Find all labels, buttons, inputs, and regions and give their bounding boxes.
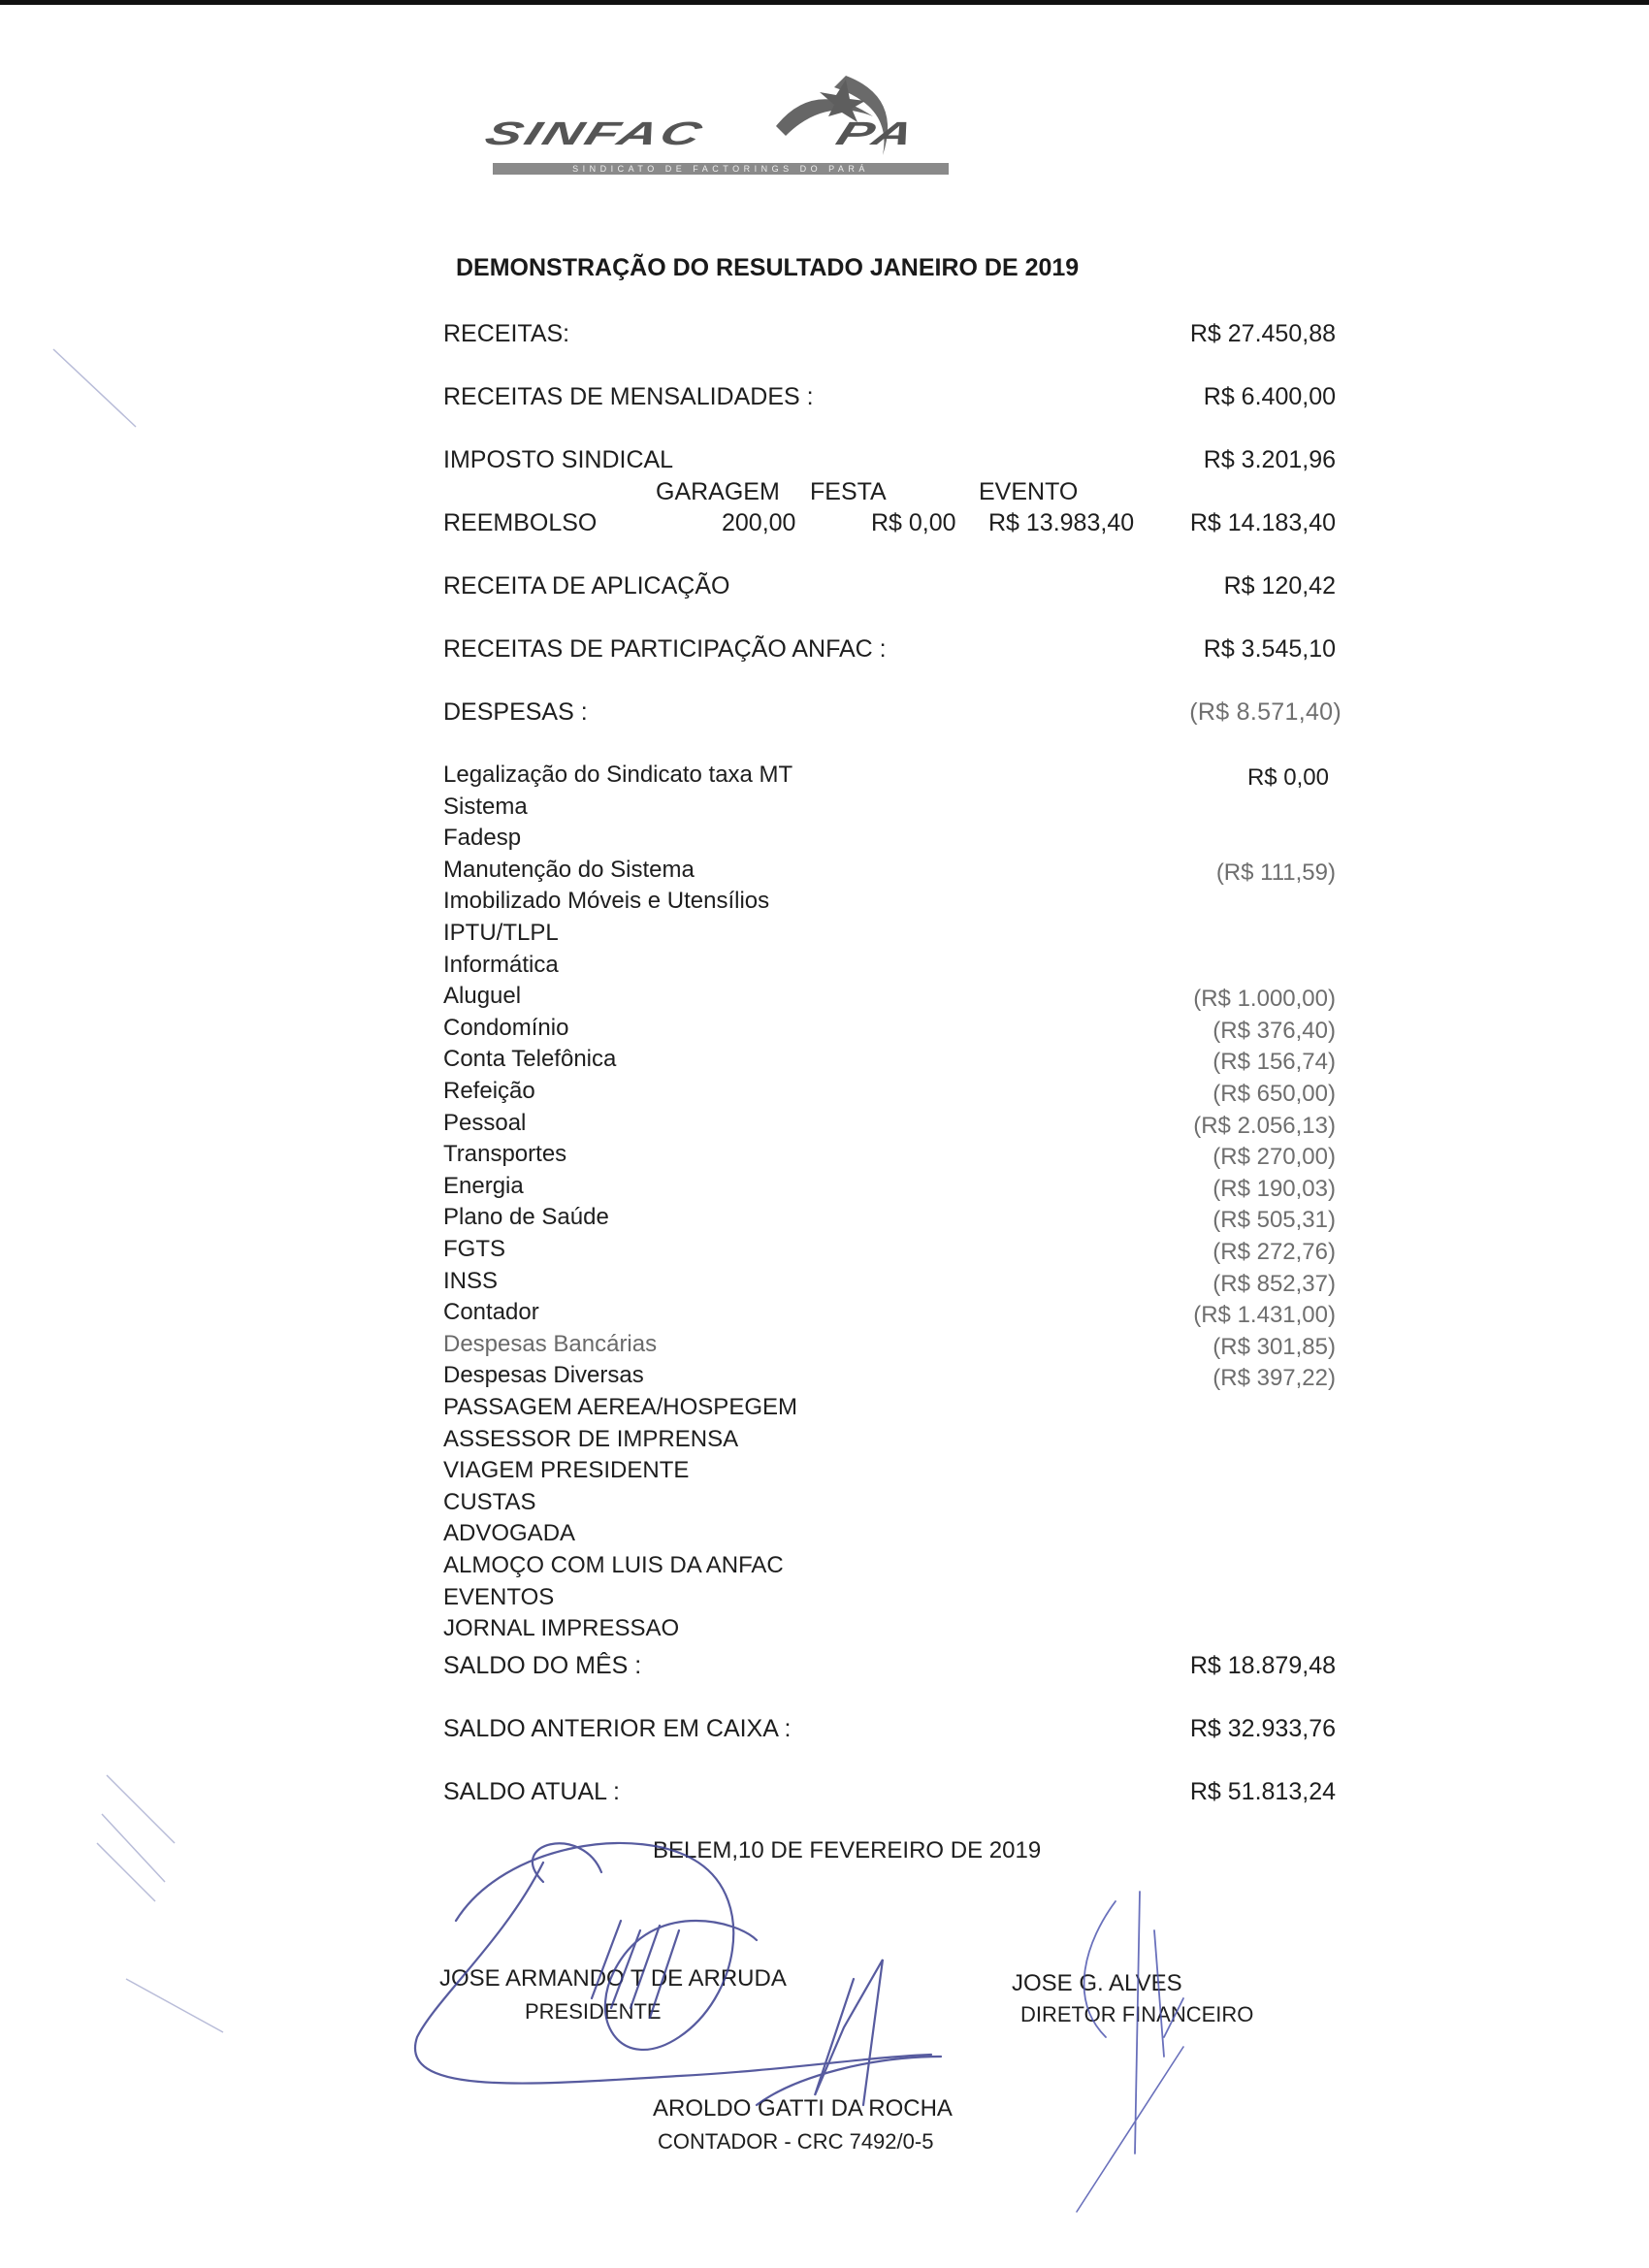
row-value: R$ 3.545,10 <box>1204 635 1336 664</box>
expense-item-label: Manutenção do Sistema <box>443 857 695 884</box>
row-label: RECEITAS: <box>443 320 569 348</box>
aplicacao-row: RECEITA DE APLICAÇÃO R$ 120,42 <box>443 572 1336 601</box>
expense-item-label: Refeição <box>443 1078 535 1105</box>
sinfac-logo: SINFAC PA SINDICATO DE FACTORINGS DO PAR… <box>485 58 960 175</box>
expense-item-value: (R$ 852,37) <box>1212 1271 1336 1298</box>
row-value: R$ 32.933,76 <box>1190 1715 1336 1743</box>
row-value: R$ 120,42 <box>1224 572 1336 600</box>
saldo-atual-row: SALDO ATUAL : R$ 51.813,24 <box>443 1778 1336 1807</box>
expense-item-value: (R$ 301,85) <box>1212 1334 1336 1361</box>
row-label: RECEITA DE APLICAÇÃO <box>443 572 729 600</box>
expense-item-label: CUSTAS <box>443 1489 536 1516</box>
diretor-role: DIRETOR FINANCEIRO <box>1020 2002 1253 2027</box>
contador-role: CONTADOR - CRC 7492/0-5 <box>658 2129 933 2155</box>
expense-item-value: (R$ 2.056,13) <box>1193 1113 1336 1140</box>
row-label: RECEITAS DE MENSALIDADES : <box>443 383 814 411</box>
expense-item-label: ALMOÇO COM LUIS DA ANFAC <box>443 1552 784 1579</box>
logo-region: PA <box>831 114 922 152</box>
expense-item-label: Fadesp <box>443 825 521 852</box>
expense-item-label: Energia <box>443 1173 524 1200</box>
mensalidades-row: RECEITAS DE MENSALIDADES : R$ 6.400,00 <box>443 383 1336 412</box>
expense-item-label: Aluguel <box>443 983 521 1010</box>
revenue-total-row: RECEITAS: R$ 27.450,88 <box>443 320 1336 349</box>
row-value: R$ 6.400,00 <box>1204 383 1336 411</box>
reembolso-col-header-garagem: GARAGEM <box>656 478 780 506</box>
row-value: R$ 51.813,24 <box>1190 1778 1336 1806</box>
row-label: SALDO ANTERIOR EM CAIXA : <box>443 1715 791 1743</box>
row-value: R$ 27.450,88 <box>1190 320 1336 348</box>
expense-item-value: (R$ 156,74) <box>1212 1049 1336 1076</box>
expense-item-value: (R$ 397,22) <box>1212 1365 1336 1392</box>
row-value: (R$ 8.571,40) <box>1189 698 1342 727</box>
expense-item-label: VIAGEM PRESIDENTE <box>443 1457 689 1484</box>
row-value: R$ 14.183,40 <box>1190 509 1336 537</box>
document-title: DEMONSTRAÇÃO DO RESULTADO JANEIRO DE 201… <box>456 254 1079 282</box>
expense-item-label: EVENTOS <box>443 1584 554 1611</box>
expense-item-value: (R$ 1.000,00) <box>1193 986 1336 1013</box>
place-date: BELEM,10 DE FEVEREIRO DE 2019 <box>653 1837 1041 1864</box>
expense-item-label: Condomínio <box>443 1015 568 1042</box>
expense-item-value: (R$ 376,40) <box>1212 1018 1336 1045</box>
row-label: RECEITAS DE PARTICIPAÇÃO ANFAC : <box>443 635 887 664</box>
expense-item-label: ADVOGADA <box>443 1520 575 1547</box>
expense-item-value: (R$ 505,31) <box>1212 1207 1336 1234</box>
saldo-anterior-row: SALDO ANTERIOR EM CAIXA : R$ 32.933,76 <box>443 1715 1336 1744</box>
expense-item-label: PASSAGEM AEREA/HOSPEGEM <box>443 1394 797 1421</box>
reembolso-col-header-evento: EVENTO <box>979 478 1078 506</box>
despesas-total-row: DESPESAS : (R$ 8.571,40) <box>443 698 1336 728</box>
row-label: DESPESAS : <box>443 698 588 727</box>
row-label: REEMBOLSO <box>443 509 597 537</box>
expense-item-label: Sistema <box>443 794 528 821</box>
expense-item-value: (R$ 272,76) <box>1212 1239 1336 1266</box>
logo-subtitle: SINDICATO DE FACTORINGS DO PARÁ <box>493 163 949 175</box>
expense-item-label: IPTU/TLPL <box>443 920 559 947</box>
expense-item-label: Informática <box>443 952 559 979</box>
expense-item-value: (R$ 190,03) <box>1212 1176 1336 1203</box>
expense-item-label: Imobilizado Móveis e Utensílios <box>443 888 769 915</box>
row-label: IMPOSTO SINDICAL <box>443 446 673 474</box>
expense-item-label: Legalização do Sindicato taxa MT <box>443 761 792 789</box>
contador-name: AROLDO GATTI DA ROCHA <box>653 2095 953 2122</box>
expense-item-value: (R$ 270,00) <box>1212 1144 1336 1171</box>
scan-top-edge <box>0 0 1649 5</box>
reembolso-evento-value: R$ 13.983,40 <box>988 509 1134 537</box>
expense-item-value: R$ 0,00 <box>1247 764 1329 792</box>
expense-item-label: Transportes <box>443 1141 566 1168</box>
presidente-name: JOSE ARMANDO T DE ARRUDA <box>439 1965 787 1993</box>
expense-item-label: Pessoal <box>443 1110 526 1137</box>
presidente-role: PRESIDENTE <box>525 1999 662 2025</box>
expense-item-label: Despesas Diversas <box>443 1362 644 1389</box>
reembolso-garagem-value: 200,00 <box>722 509 795 537</box>
participacao-anfac-row: RECEITAS DE PARTICIPAÇÃO ANFAC : R$ 3.54… <box>443 635 1336 664</box>
expense-item-label: Plano de Saúde <box>443 1204 609 1231</box>
reembolso-col-header-festa: FESTA <box>810 478 887 506</box>
imposto-sindical-row: IMPOSTO SINDICAL R$ 3.201,96 <box>443 446 1336 475</box>
expense-item-value: (R$ 111,59) <box>1216 859 1336 887</box>
diretor-name: JOSE G. ALVES <box>1012 1970 1182 1997</box>
logo-wordmark: SINFAC <box>480 114 709 152</box>
expense-item-label: Conta Telefônica <box>443 1046 616 1073</box>
expense-item-value: (R$ 1.431,00) <box>1193 1302 1336 1329</box>
row-label: SALDO ATUAL : <box>443 1778 620 1806</box>
row-value: R$ 18.879,48 <box>1190 1652 1336 1680</box>
expense-item-label: ASSESSOR DE IMPRENSA <box>443 1426 738 1453</box>
expense-item-label: JORNAL IMPRESSAO <box>443 1615 679 1642</box>
expense-item-label: FGTS <box>443 1236 505 1263</box>
saldo-mes-row: SALDO DO MÊS : R$ 18.879,48 <box>443 1652 1336 1681</box>
row-value: R$ 3.201,96 <box>1204 446 1336 474</box>
expense-item-label: Contador <box>443 1299 539 1326</box>
expense-item-label: Despesas Bancárias <box>443 1331 657 1358</box>
row-label: SALDO DO MÊS : <box>443 1652 641 1680</box>
reembolso-festa-value: R$ 0,00 <box>871 509 956 537</box>
expense-item-value: (R$ 650,00) <box>1212 1081 1336 1108</box>
expense-item-label: INSS <box>443 1268 498 1295</box>
